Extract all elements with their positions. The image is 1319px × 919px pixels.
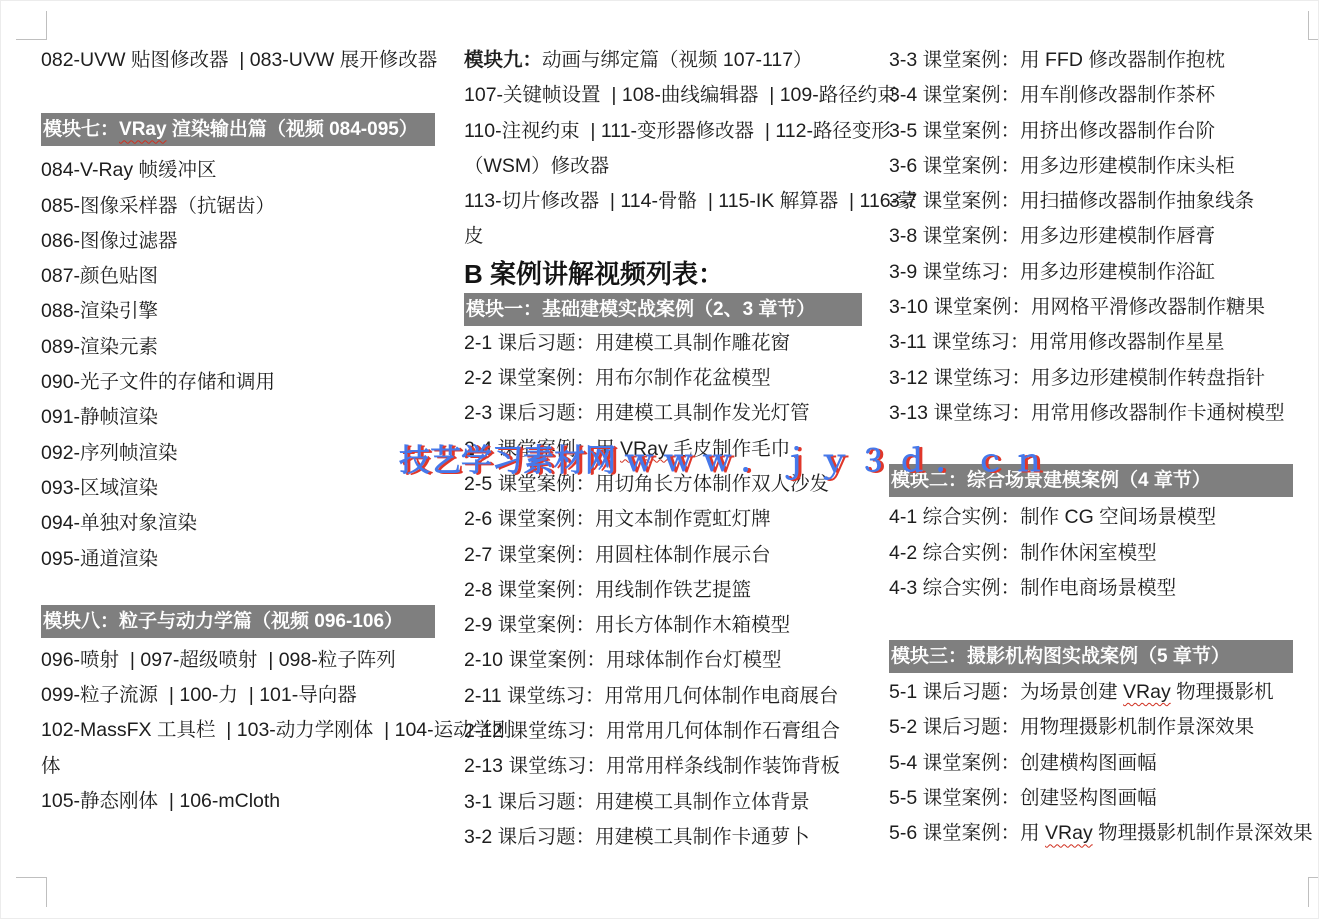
list-item: 5-1 课后习题：为场景创建 VRay 物理摄影机: [889, 675, 1293, 710]
misspelled-word: VRay: [119, 119, 167, 140]
list-item: 5-5 课堂案例：创建竖构图画幅: [889, 781, 1293, 816]
section-title-module9: 模块九：动画与绑定篇（视频 107-117）: [464, 43, 862, 78]
list-item: 3-7 课堂案例：用扫描修改器制作抽象线条: [889, 184, 1293, 219]
list-item: 3-6 课堂案例：用多边形建模制作床头柜: [889, 149, 1293, 184]
list-item: 3-10 课堂案例：用网格平滑修改器制作糖果: [889, 290, 1293, 325]
list-item-text: 5-1 课后习题：为场景创建: [889, 681, 1123, 703]
list-item: 2-10 课堂案例：用球体制作台灯模型: [464, 643, 862, 678]
list-item: 3-11 课堂练习：用常用修改器制作星星: [889, 325, 1293, 360]
list-item: 5-2 课后习题：用物理摄影机制作景深效果: [889, 710, 1293, 745]
list-item: 088-渲染引擎: [41, 294, 435, 329]
misspelled-word: VRay: [1045, 822, 1093, 844]
list-item: 2-7 课堂案例：用圆柱体制作展示台: [464, 538, 862, 573]
misspelled-word: VRay: [620, 438, 668, 460]
column-right: 3-3 课堂案例：用 FFD 修改器制作抱枕 3-4 课堂案例：用车削修改器制作…: [889, 43, 1293, 852]
list-item: 107-关键帧设置 | 108-曲线编辑器 | 109-路径约束: [464, 78, 862, 113]
list-item: 2-4 课堂案例：用 VRay 毛皮制作毛巾: [464, 432, 862, 467]
page-corner-mark-bottom-right: [1308, 877, 1319, 907]
list-item: 3-12 课堂练习：用多边形建模制作转盘指针: [889, 361, 1293, 396]
section-header-module7: 模块七：VRay 渲染输出篇（视频 084-095）: [41, 113, 435, 146]
list-item: 3-9 课堂练习：用多边形建模制作浴缸: [889, 255, 1293, 290]
list-item: 体: [41, 749, 435, 784]
list-item-text: 5-6 课堂案例：用: [889, 822, 1045, 844]
section-header-module3: 模块三：摄影机构图实战案例（5 章节）: [889, 640, 1293, 673]
list-item: 102-MassFX 工具栏 | 103-动力学刚体 | 104-运动学刚: [41, 713, 435, 748]
misspelled-word: VRay: [1123, 681, 1171, 703]
list-item: 2-9 课堂案例：用长方体制作木箱模型: [464, 608, 862, 643]
list-item-text: 物理摄影机制作景深效果: [1093, 822, 1313, 844]
list-item: 093-区域渲染: [41, 471, 435, 506]
section-header-text: 模块七：: [43, 119, 119, 140]
list-item: 3-1 课后习题：用建模工具制作立体背景: [464, 785, 862, 820]
page-corner-mark-top-right: [1308, 11, 1319, 40]
list-item-text: 物理摄影机: [1171, 681, 1274, 703]
section-b-heading: B 案例讲解视频列表：: [464, 255, 862, 293]
list-item: 089-渲染元素: [41, 330, 435, 365]
list-item: 086-图像过滤器: [41, 224, 435, 259]
list-item: 3-5 课堂案例：用挤出修改器制作台阶: [889, 114, 1293, 149]
list-item: 099-粒子流源 | 100-力 | 101-导向器: [41, 678, 435, 713]
list-item: 2-13 课堂练习：用常用样条线制作装饰背板: [464, 749, 862, 784]
list-item: 094-单独对象渲染: [41, 506, 435, 541]
section-header-module8: 模块八：粒子与动力学篇（视频 096-106）: [41, 605, 435, 638]
list-item: 095-通道渲染: [41, 542, 435, 577]
list-item: 096-喷射 | 097-超级喷射 | 098-粒子阵列: [41, 643, 435, 678]
list-item: 3-8 课堂案例：用多边形建模制作唇膏: [889, 219, 1293, 254]
list-item: 087-颜色贴图: [41, 259, 435, 294]
list-item: 4-2 综合实例：制作休闲室模型: [889, 536, 1293, 571]
list-item: 082-UVW 贴图修改器 | 083-UVW 展开修改器: [41, 43, 435, 78]
list-item: 皮: [464, 219, 862, 254]
list-item: （WSM）修改器: [464, 149, 862, 184]
list-item: 4-3 综合实例：制作电商场景模型: [889, 571, 1293, 606]
list-item: 092-序列帧渲染: [41, 436, 435, 471]
section-title-rest: 动画与绑定篇（视频 107-117）: [542, 49, 813, 71]
list-item: 2-5 课堂案例：用切角长方体制作双人沙发: [464, 467, 862, 502]
list-item: 5-6 课堂案例：用 VRay 物理摄影机制作景深效果: [889, 816, 1293, 851]
list-item: 105-静态刚体 | 106-mCloth: [41, 784, 435, 819]
list-item-text: 2-4 课堂案例：用: [464, 438, 620, 460]
list-item: 110-注视约束 | 111-变形器修改器 | 112-路径变形: [464, 114, 862, 149]
list-item: 2-3 课后习题：用建模工具制作发光灯管: [464, 396, 862, 431]
list-item: 2-1 课后习题：用建模工具制作雕花窗: [464, 326, 862, 361]
list-item: 2-11 课堂练习：用常用几何体制作电商展台: [464, 679, 862, 714]
list-item: 3-13 课堂练习：用常用修改器制作卡通树模型: [889, 396, 1293, 431]
list-item: 084-V-Ray 帧缓冲区: [41, 153, 435, 188]
section-title-bold: 模块九：: [464, 49, 542, 71]
column-left: 082-UVW 贴图修改器 | 083-UVW 展开修改器 模块七：VRay 渲…: [41, 43, 435, 819]
list-item: 4-1 综合实例：制作 CG 空间场景模型: [889, 500, 1293, 535]
list-item-text: 毛皮制作毛巾: [668, 438, 790, 460]
section-header-text: 渲染输出篇（视频 084-095）: [167, 119, 418, 140]
list-item: 113-切片修改器 | 114-骨骼 | 115-IK 解算器 | 116-蒙: [464, 184, 862, 219]
list-item: 2-6 课堂案例：用文本制作霓虹灯牌: [464, 502, 862, 537]
list-item: 085-图像采样器（抗锯齿）: [41, 189, 435, 224]
page-corner-mark-bottom-left: [16, 877, 47, 907]
list-item: 090-光子文件的存储和调用: [41, 365, 435, 400]
list-item: 2-8 课堂案例：用线制作铁艺提篮: [464, 573, 862, 608]
document-page: 082-UVW 贴图修改器 | 083-UVW 展开修改器 模块七：VRay 渲…: [0, 0, 1319, 919]
list-item: 5-4 课堂案例：创建横构图画幅: [889, 746, 1293, 781]
list-item: 3-4 课堂案例：用车削修改器制作茶杯: [889, 78, 1293, 113]
list-item: 3-3 课堂案例：用 FFD 修改器制作抱枕: [889, 43, 1293, 78]
section-header-module1: 模块一：基础建模实战案例（2、3 章节）: [464, 293, 862, 326]
section-header-module2: 模块二：综合场景建模案例（4 章节）: [889, 464, 1293, 497]
list-item: 2-12 课堂练习：用常用几何体制作石膏组合: [464, 714, 862, 749]
list-item: 3-2 课后习题：用建模工具制作卡通萝卜: [464, 820, 862, 855]
list-item: 091-静帧渲染: [41, 400, 435, 435]
column-middle: 模块九：动画与绑定篇（视频 107-117） 107-关键帧设置 | 108-曲…: [464, 43, 862, 855]
list-item: 2-2 课堂案例：用布尔制作花盆模型: [464, 361, 862, 396]
page-corner-mark-top-left: [16, 11, 47, 40]
